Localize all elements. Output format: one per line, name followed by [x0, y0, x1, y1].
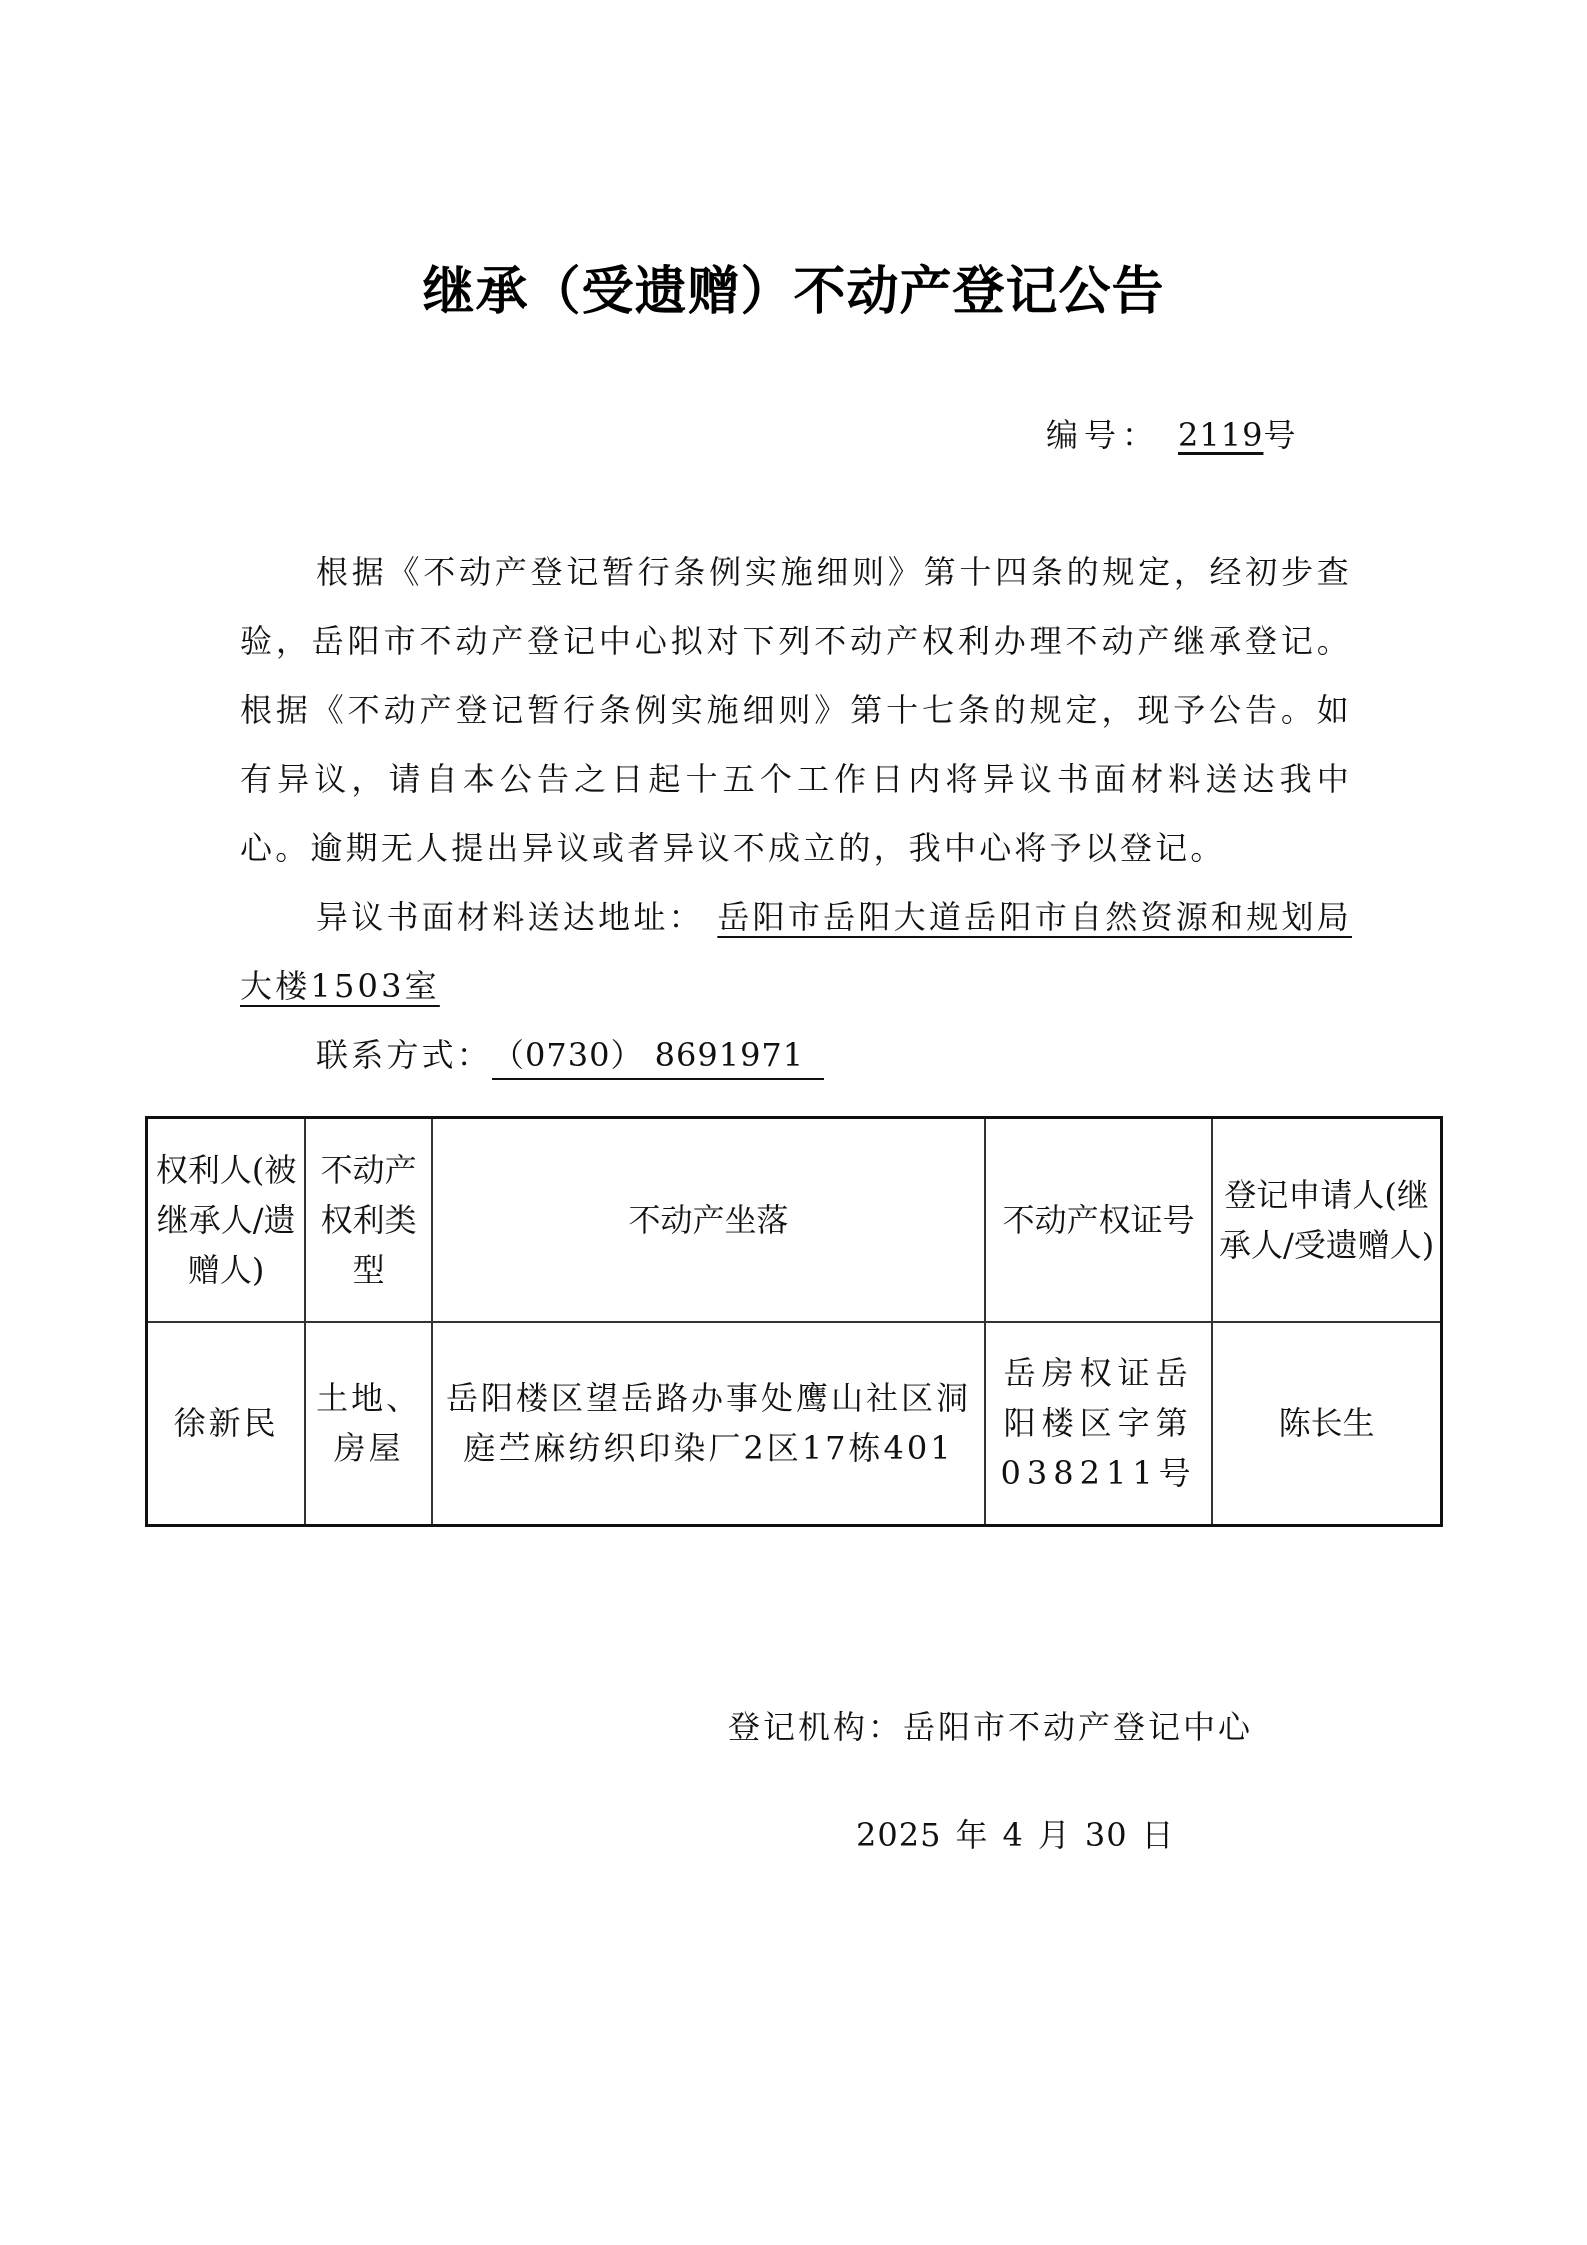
table-header-row: 权利人(被继承人/遗赠人) 不动产权利类型 不动产坐落 不动产权证号 登记申请人… [147, 1118, 1442, 1322]
cell-location: 岳阳楼区望岳路办事处鹰山社区洞庭苎麻纺织印染厂2区17栋401 [432, 1322, 985, 1526]
notice-date: 2025年4月30日 [856, 1810, 1189, 1860]
contact-info: 联系方式：（0730） 8691971 [240, 1021, 1352, 1090]
registration-table: 权利人(被继承人/遗赠人) 不动产权利类型 不动产坐落 不动产权证号 登记申请人… [145, 1116, 1443, 1527]
objection-address-label: 异议书面材料送达地址： [316, 898, 704, 936]
document-number: 编号：2119号 [1046, 410, 1301, 460]
notice-body: 根据《不动产登记暂行条例实施细则》第十四条的规定，经初步查验，岳阳市不动产登记中… [240, 538, 1352, 1090]
header-applicant: 登记申请人(继承人/受遗赠人) [1212, 1118, 1441, 1322]
notice-paragraph: 根据《不动产登记暂行条例实施细则》第十四条的规定，经初步查验，岳阳市不动产登记中… [240, 538, 1352, 883]
contact-value: （0730） 8691971 [492, 1032, 824, 1080]
document-number-suffix: 号 [1263, 416, 1301, 454]
date-year-unit: 年 [955, 1816, 988, 1854]
date-year: 2025 [856, 1816, 941, 1854]
cell-right-holder: 徐新民 [147, 1322, 306, 1526]
page-title: 继承（受遗赠）不动产登记公告 [0, 252, 1587, 332]
header-location: 不动产坐落 [432, 1118, 985, 1322]
contact-label: 联系方式： [316, 1036, 492, 1074]
date-month-unit: 月 [1038, 1816, 1071, 1854]
date-day-unit: 日 [1142, 1816, 1175, 1854]
authority-name: 岳阳市不动产登记中心 [903, 1708, 1253, 1746]
header-right-type: 不动产权利类型 [305, 1118, 432, 1322]
date-day: 30 [1085, 1816, 1128, 1854]
date-month: 4 [1002, 1816, 1023, 1854]
objection-address: 异议书面材料送达地址： 岳阳市岳阳大道岳阳市自然资源和规划局大楼1503室 [240, 883, 1352, 1021]
document-number-value: 2119 [1178, 416, 1263, 454]
cell-applicant: 陈长生 [1212, 1322, 1441, 1526]
cell-certificate-no: 岳房权证岳阳楼区字第038211号 [985, 1322, 1212, 1526]
authority-label: 登记机构： [728, 1708, 903, 1746]
table-row: 徐新民 土地、房屋 岳阳楼区望岳路办事处鹰山社区洞庭苎麻纺织印染厂2区17栋40… [147, 1322, 1442, 1526]
document-number-label: 编号： [1046, 416, 1160, 454]
registration-authority: 登记机构：岳阳市不动产登记中心 [728, 1702, 1253, 1752]
header-right-holder: 权利人(被继承人/遗赠人) [147, 1118, 306, 1322]
cell-right-type: 土地、房屋 [305, 1322, 432, 1526]
header-certificate-no: 不动产权证号 [985, 1118, 1212, 1322]
